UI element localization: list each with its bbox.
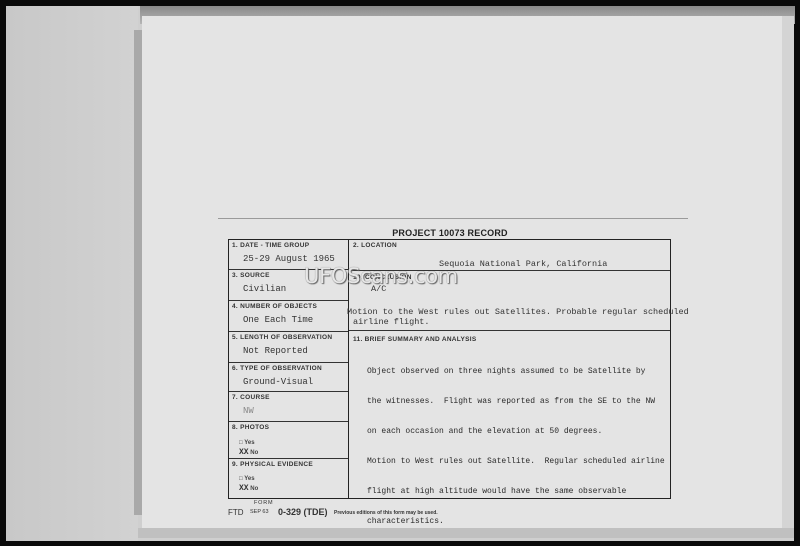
- scan-left-margin: [6, 6, 138, 541]
- footer-agency: FTD: [228, 508, 244, 517]
- photos-no-option: XX No: [239, 448, 258, 457]
- field-photos: 8. PHOTOS □ Yes XX No: [229, 422, 348, 459]
- evidence-yes-option: □ Yes: [239, 476, 255, 482]
- field-label: 7. COURSE: [232, 394, 270, 401]
- footer-date: SEP 63: [250, 509, 269, 515]
- field-type-of-observation: 6. TYPE OF OBSERVATION Ground-Visual: [229, 363, 348, 392]
- footer-note: Previous editions of this form may be us…: [334, 510, 438, 516]
- field-length-of-observation: 5. LENGTH OF OBSERVATION Not Reported: [229, 332, 348, 363]
- field-label: 11. BRIEF SUMMARY AND ANALYSIS: [353, 336, 477, 343]
- form-title: PROJECT 10073 RECORD: [228, 228, 672, 238]
- summary-line: on each occasion and the elevation at 50…: [367, 427, 665, 437]
- field-physical-evidence: 9. PHYSICAL EVIDENCE □ Yes XX No: [229, 459, 348, 498]
- checkbox-checked-icon: XX: [239, 448, 249, 457]
- field-value: Civilian: [243, 284, 286, 294]
- summary-line: Object observed on three nights assumed …: [367, 367, 665, 377]
- field-label: 2. LOCATION: [353, 242, 397, 249]
- title-rule: [218, 218, 688, 219]
- checkbox-checked-icon: XX: [239, 484, 249, 493]
- photos-yes-option: □ Yes: [239, 440, 255, 446]
- summary-line: Motion to West rules out Satellite. Regu…: [367, 457, 665, 467]
- footer-form-word: FORM: [254, 500, 273, 506]
- footer-form-number: 0-329 (TDE): [278, 507, 328, 517]
- field-value: Sequoia National Park, California: [439, 259, 607, 269]
- field-value: 25-29 August 1965: [243, 254, 335, 264]
- field-label: 9. PHYSICAL EVIDENCE: [232, 461, 313, 468]
- field-label: 5. LENGTH OF OBSERVATION: [232, 334, 332, 341]
- watermark: UFOScans.com: [304, 264, 458, 288]
- field-label: 4. NUMBER OF OBJECTS: [232, 303, 317, 310]
- summary-line: flight at high altitude would have the s…: [367, 487, 665, 497]
- field-brief-summary: 11. BRIEF SUMMARY AND ANALYSIS Object ob…: [349, 331, 670, 498]
- field-label: 6. TYPE OF OBSERVATION: [232, 365, 322, 372]
- evidence-no-option: XX No: [239, 484, 258, 493]
- field-label: 1. DATE - TIME GROUP: [232, 242, 309, 249]
- scan-right-edge: [782, 16, 794, 531]
- field-label: 3. SOURCE: [232, 272, 270, 279]
- field-value: Ground-Visual: [243, 377, 313, 387]
- checkbox-empty-icon: □: [239, 476, 243, 482]
- summary-text: Object observed on three nights assumed …: [367, 347, 665, 546]
- field-number-of-objects: 4. NUMBER OF OBJECTS One Each Time: [229, 301, 348, 332]
- summary-line: characteristics.: [367, 517, 665, 527]
- field-value: Not Reported: [243, 346, 308, 356]
- field-value: NW: [243, 406, 254, 416]
- scan-left-strip: [134, 30, 142, 515]
- field-label: 8. PHOTOS: [232, 424, 269, 431]
- checkbox-empty-icon: □: [239, 440, 243, 446]
- field-value: One Each Time: [243, 315, 313, 325]
- field-course: 7. COURSE NW: [229, 392, 348, 422]
- summary-line: the witnesses. Flight was reported as fr…: [367, 397, 665, 407]
- conclusion-comment-line2: airline flight.: [353, 317, 430, 327]
- conclusion-comment-line1: Motion to the West rules out Satellites.…: [347, 307, 689, 317]
